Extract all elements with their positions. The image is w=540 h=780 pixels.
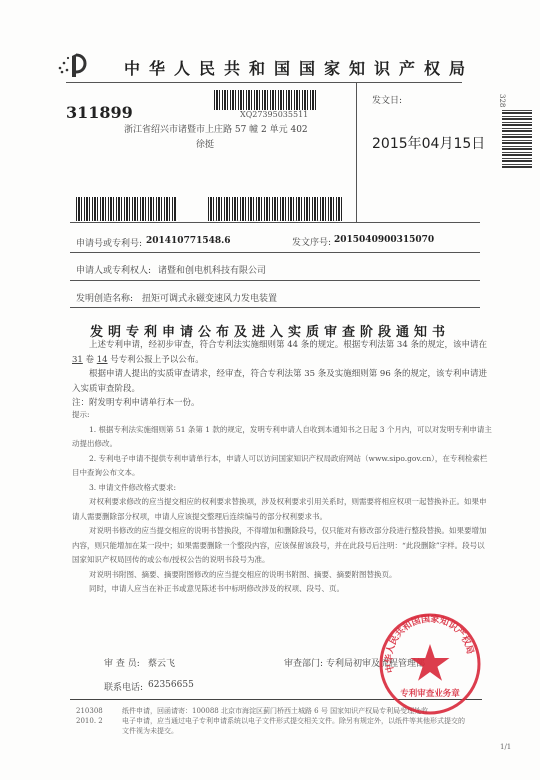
- tip-item: 对权利要求修改的应当提交相应的权利要求替换项，涉及权利要求引用关系时，则需要将相…: [72, 495, 492, 524]
- tips-heading: 提示:: [72, 408, 492, 423]
- examiner-label: 审 查 员:: [104, 656, 140, 669]
- mailing-barcode: [214, 90, 318, 110]
- phone-label: 联系电话:: [104, 680, 143, 693]
- dispatch-date-label: 发文日:: [372, 93, 402, 106]
- barcode-left: [76, 197, 176, 221]
- dispatch-date: 2015年04月15日: [372, 133, 485, 153]
- official-seal-icon: 中华人民共和国国家知识产权局 专利审查业务章: [378, 612, 482, 716]
- form-date: 2010. 2: [76, 716, 103, 726]
- barcode-text: XQ27395035511: [240, 110, 308, 119]
- barcode-right: [208, 197, 342, 221]
- serial-no: 2015040900315070: [334, 235, 434, 245]
- invention-label: 发明创造名称:: [76, 291, 133, 304]
- header-divider: [356, 82, 357, 222]
- examiner-name: 蔡云飞: [148, 656, 175, 669]
- form-code: 210308: [76, 706, 103, 716]
- header-rule: [66, 82, 462, 83]
- rule-3: [70, 280, 480, 281]
- mailing-address: 浙江省绍兴市诸暨市上庄路 57 幢 2 单元 402: [124, 122, 308, 135]
- invention-name: 扭矩可调式永磁变速风力发电装置: [142, 291, 277, 304]
- tip-item: 同时，申请人应当在补正书或意见陈述书中标明修改涉及的权项、段号、页。: [72, 582, 492, 597]
- tip-item: 2. 专利电子申请不提供专利申请单行本，申请人可以访问国家知识产权局政府网站（w…: [72, 452, 492, 481]
- tip-item: 3. 申请文件修改格式要求:: [72, 481, 492, 496]
- notice-paragraph-2: 根据申请人提出的实质审查请求，经审查，符合专利法第 35 条及实施细则第 96 …: [72, 367, 492, 396]
- issue-number: 14: [97, 355, 108, 365]
- tip-item: 1. 根据专利法实施细则第 51 条第 1 款的规定，发明专利申请人自收到本通知…: [72, 423, 492, 452]
- page-number: 1/1: [500, 742, 511, 752]
- application-no-label: 申请号或专利号:: [76, 236, 142, 249]
- rule-2: [70, 252, 480, 253]
- side-barcode: [502, 110, 532, 168]
- tip-item: 对说明书修改的应当提交相应的说明书替换段，不得增加和删除段号，仅只能对有修改部分…: [72, 524, 492, 568]
- dept-label: 审查部门:: [284, 656, 323, 669]
- volume-number: 31: [72, 355, 83, 365]
- rule-1: [70, 222, 480, 223]
- application-no: 201410771548.6: [146, 236, 231, 246]
- applicant: 诸暨和创电机科技有限公司: [158, 263, 266, 276]
- phone-number: 62356655: [148, 680, 194, 690]
- notice-body: 上述专利申请，经初步审查，符合专利法实施细则第 44 条的规定。根据专利法第 3…: [72, 338, 492, 411]
- serial-no-label: 发文序号:: [292, 235, 331, 248]
- applicant-label: 申请人或专利权人:: [76, 263, 151, 276]
- p1-vol-label: 卷: [86, 355, 95, 365]
- p1-text: 上述专利申请，经初步审查，符合专利法实施细则第 44 条的规定。根据专利法第 3…: [89, 340, 487, 350]
- side-code: 328: [498, 94, 506, 107]
- postcode: 311899: [66, 103, 133, 122]
- recipient-name: 徐挺: [196, 137, 214, 150]
- sipo-emblem-icon: [56, 52, 96, 78]
- notice-paragraph-1: 上述专利申请，经初步审查，符合专利法实施细则第 44 条的规定。根据专利法第 3…: [72, 338, 492, 367]
- svg-text:专利审查业务章: 专利审查业务章: [400, 688, 460, 699]
- rule-4: [70, 307, 480, 308]
- agency-name: 中华人民共和国国家知识产权局: [124, 56, 474, 79]
- tip-item: 对说明书附图、摘要、摘要附图修改的应当提交相应的说明书附图、摘要、摘要附图替换页…: [72, 568, 492, 583]
- p1-end: 号专利公报上予以公布。: [110, 355, 204, 365]
- footer-line-3: 文件视为未提交。: [122, 726, 502, 736]
- footer-line-2: 电子申请，应当通过电子专利申请系统以电子文件形式提交相关文件。除另有规定外，以纸…: [122, 716, 502, 726]
- tips-section: 提示: 1. 根据专利法实施细则第 51 条第 1 款的规定，发明专利申请人自收…: [72, 408, 492, 597]
